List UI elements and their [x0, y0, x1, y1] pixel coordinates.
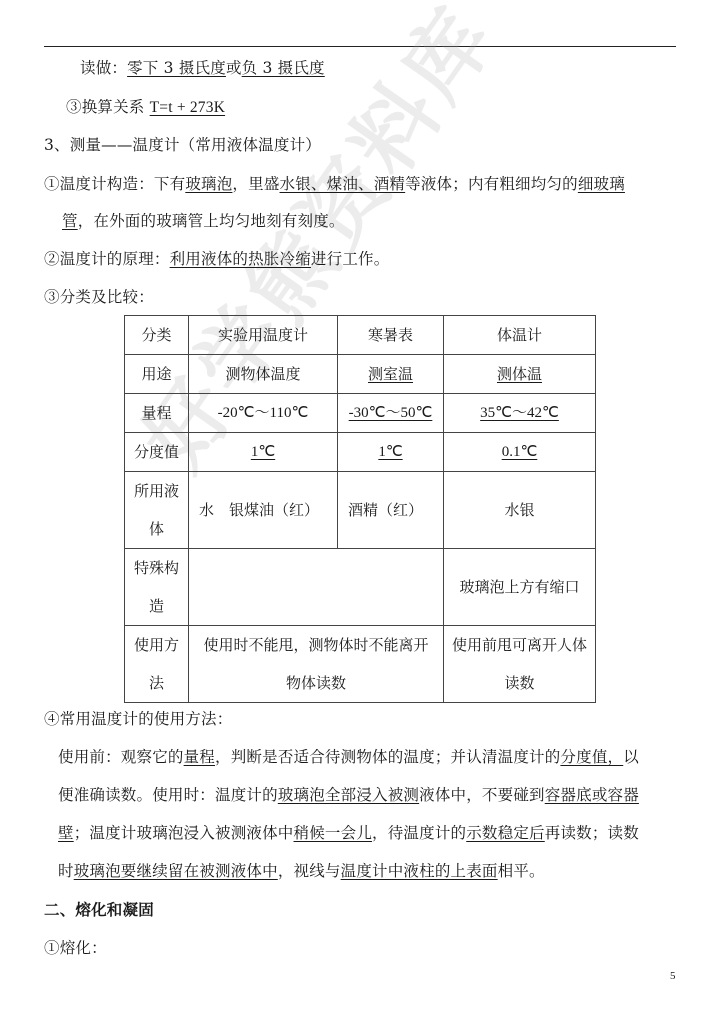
classify-title: ③分类及比较： — [44, 286, 154, 308]
table-cell-answer: 1℃ — [251, 444, 275, 460]
usage-blank: 量程 — [184, 748, 215, 766]
structure-text: ，在外面的玻璃管上均匀地刻有刻度。 — [78, 212, 345, 230]
table-cell-answer: 测体温 — [497, 365, 542, 383]
usage-line-2: 便准确读数。使用时：温度计的玻璃泡全部浸入被测液体中，不要碰到容器底或容器 — [58, 784, 639, 806]
usage-blank: 壁 — [58, 824, 74, 842]
read-as-answer-1: 零下 3 摄氏度 — [127, 59, 226, 77]
structure-blank-tube-end: 管 — [62, 212, 78, 230]
read-as-line: 读做：零下 3 摄氏度或负 3 摄氏度 — [80, 57, 325, 79]
principle-answer: 利用液体的热胀冷缩 — [170, 250, 311, 268]
principle-label: ②温度计的原理： — [44, 250, 170, 268]
table-row-liquid: 所用液体 水 银煤油（红） 酒精（红） 水银 — [125, 472, 596, 549]
table-cell: 水银 — [444, 472, 596, 549]
table-cell: 测物体温度 — [189, 355, 338, 394]
usage-text: ；温度计玻璃泡浸入被测液体中 — [74, 824, 294, 842]
table-cell: 使用时不能甩，测物体时不能离开物体读数 — [189, 626, 444, 703]
header-rule — [44, 46, 676, 47]
structure-text: 等液体；内有粗细均匀的 — [405, 175, 578, 193]
usage-text: ，待温度计的 — [372, 824, 466, 842]
conversion-line: ③换算关系 T=t + 273K — [66, 96, 225, 119]
table-cell: 测体温 — [444, 355, 596, 394]
structure-blank-liquids: 水银、煤油、酒精 — [280, 175, 406, 193]
usage-text: 液体中，不要碰到 — [419, 786, 545, 804]
table-cell: 使用方法 — [125, 626, 189, 703]
usage-text: 以 — [623, 748, 639, 766]
table-cell: 0.1℃ — [444, 433, 596, 472]
read-as-label: 读做： — [80, 59, 127, 77]
usage-blank: 稍候一会儿 — [294, 824, 373, 842]
table-cell: 量程 — [125, 394, 189, 433]
table-row-header: 分类 实验用温度计 寒暑表 体温计 — [125, 316, 596, 355]
usage-text: 时 — [58, 862, 74, 880]
table-cell: 1℃ — [189, 433, 338, 472]
section-melting-title: 二、熔化和凝固 — [44, 899, 154, 921]
table-row-range: 量程 -20℃～110℃ -30℃～50℃ 35℃～42℃ — [125, 394, 596, 433]
conversion-label: ③换算关系 — [66, 98, 150, 116]
usage-blank: 示数稳定后 — [466, 824, 545, 842]
table-row-division: 分度值 1℃ 1℃ 0.1℃ — [125, 433, 596, 472]
table-cell: 用途 — [125, 355, 189, 394]
structure-blank-tube: 细玻璃 — [578, 175, 625, 193]
structure-text: ，里盛 — [232, 175, 279, 193]
table-cell: 分类 — [125, 316, 189, 355]
usage-blank: 容器底或容器 — [545, 786, 639, 804]
usage-blank: 玻璃泡要继续留在被测液体中 — [74, 862, 278, 880]
table-cell-answer: -30℃～50℃ — [349, 405, 433, 421]
page-number: 5 — [670, 970, 676, 982]
table-cell: 测室温 — [338, 355, 444, 394]
conversion-formula: T=t + 273K — [150, 99, 225, 116]
table-cell-answer: 测室温 — [368, 365, 413, 383]
read-as-answer-2: 负 3 摄氏度 — [242, 59, 325, 77]
table-cell-answer: 1℃ — [378, 444, 402, 460]
usage-blank: 温度计中液柱的上表面 — [341, 862, 498, 880]
melting-label: ①熔化： — [44, 937, 107, 959]
usage-line-4: 时玻璃泡要继续留在被测液体中，视线与温度计中液柱的上表面相平。 — [58, 860, 545, 882]
table-cell: 特殊构造 — [125, 549, 189, 626]
table-cell: 使用前甩可离开人体读数 — [444, 626, 596, 703]
table-cell: 35℃～42℃ — [444, 394, 596, 433]
usage-text: 再读数；读数 — [545, 824, 639, 842]
table-cell: -30℃～50℃ — [338, 394, 444, 433]
usage-text: 便准确读数。使用时：温度计的 — [58, 786, 278, 804]
principle-line: ②温度计的原理：利用液体的热胀冷缩进行工作。 — [44, 248, 389, 270]
table-cell: 体温计 — [444, 316, 596, 355]
table-cell: 寒暑表 — [338, 316, 444, 355]
table-cell-answer: 35℃～42℃ — [480, 405, 559, 421]
table-cell-answer: 0.1℃ — [502, 444, 538, 460]
table-row-method: 使用方法 使用时不能甩，测物体时不能离开物体读数 使用前甩可离开人体读数 — [125, 626, 596, 703]
usage-text: ，判断是否适合待测物体的温度；并认清温度计的 — [215, 748, 560, 766]
table-cell — [189, 549, 444, 626]
table-cell: -20℃～110℃ — [189, 394, 338, 433]
usage-blank: 玻璃泡全部浸入被测 — [278, 786, 419, 804]
structure-blank-bulb: 玻璃泡 — [185, 175, 232, 193]
table-cell: 所用液体 — [125, 472, 189, 549]
usage-title: ④常用温度计的使用方法： — [44, 708, 232, 730]
read-as-or: 或 — [226, 59, 242, 77]
usage-text: 相平。 — [498, 862, 545, 880]
thermometer-comparison-table: 分类 实验用温度计 寒暑表 体温计 用途 测物体温度 测室温 测体温 量程 -2… — [124, 315, 596, 703]
table-cell: 水 银煤油（红） — [189, 472, 338, 549]
usage-line-1: 使用前：观察它的量程，判断是否适合待测物体的温度；并认清温度计的分度值，以 — [58, 746, 639, 768]
structure-line-2: 管，在外面的玻璃管上均匀地刻有刻度。 — [62, 210, 345, 232]
table-cell: 分度值 — [125, 433, 189, 472]
table-row-purpose: 用途 测物体温度 测室温 测体温 — [125, 355, 596, 394]
structure-line-1: ①温度计构造：下有玻璃泡，里盛水银、煤油、酒精等液体；内有粗细均匀的细玻璃 — [44, 173, 625, 195]
table-cell: 1℃ — [338, 433, 444, 472]
structure-text: ①温度计构造：下有 — [44, 175, 185, 193]
table-cell: 玻璃泡上方有缩口 — [444, 549, 596, 626]
table-row-special: 特殊构造 玻璃泡上方有缩口 — [125, 549, 596, 626]
usage-blank: 分度值， — [560, 748, 623, 766]
usage-text: 使用前：观察它的 — [58, 748, 184, 766]
usage-text: ，视线与 — [278, 862, 341, 880]
table-cell: 实验用温度计 — [189, 316, 338, 355]
section-3-title: 3、测量——温度计（常用液体温度计） — [44, 134, 321, 156]
table-cell: 酒精（红） — [338, 472, 444, 549]
usage-line-3: 壁；温度计玻璃泡浸入被测液体中稍候一会儿，待温度计的示数稳定后再读数；读数 — [58, 822, 639, 844]
principle-text: 进行工作。 — [311, 250, 390, 268]
